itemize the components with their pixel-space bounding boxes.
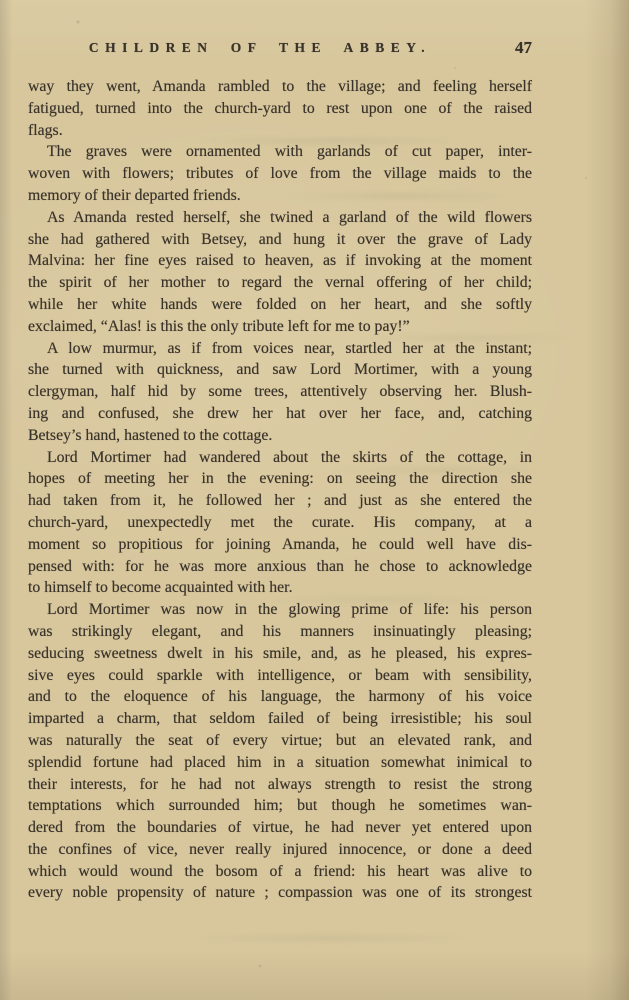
text-line: seducing sweetness dwelt in his smile, a… [28,643,532,665]
text-line: while her white hands were folded on her… [28,294,532,316]
paragraph: A low murmur, as if from voices near, st… [28,338,532,447]
paragraph: Lord Mortimer had wandered about the ski… [28,447,532,600]
text-line: splendid fortune had placed him in a sit… [28,752,532,774]
running-title: CHILDREN OF THE ABBEY. [28,40,492,56]
text-line: Lord Mortimer was now in the glowing pri… [28,599,532,621]
text-line: woven with flowers; tributes of love fro… [28,163,532,185]
text-line: temptations which surrounded him; but th… [28,795,532,817]
text-line: pensed with: for he was more anxious tha… [28,556,532,578]
text-line: A low murmur, as if from voices near, st… [28,338,532,360]
text-line: The graves were ornamented with garlands… [28,141,532,163]
text-line: Malvina: her fine eyes raised to heaven,… [28,250,532,272]
text-line: way they went, Amanda rambled to the vil… [28,76,532,98]
text-line: hopes of meeting her in the evening: on … [28,468,532,490]
text-line: moment so propitious for joining Amanda,… [28,534,532,556]
text-line: ing and confused, she drew her hat over … [28,403,532,425]
text-line: church-yard, unexpectedly met the curate… [28,512,532,534]
text-line: the spirit of her mother to regard the v… [28,272,532,294]
text-line: she had gathered with Betsey, and hung i… [28,229,532,251]
text-line: to himself to become acquainted with her… [28,577,532,599]
text-line: memory of their departed friends. [28,185,532,207]
text-line: she turned with quickness, and saw Lord … [28,359,532,381]
text-line: dered from the boundaries of virtue, he … [28,817,532,839]
book-page: CHILDREN OF THE ABBEY. 47 way they went,… [0,0,629,1000]
text-line: their interests, for he had not always s… [28,774,532,796]
text-line: imparted a charm, that seldom failed of … [28,708,532,730]
paragraph: As Amanda rested herself, she twined a g… [28,207,532,338]
text-line: fatigued, turned into the church-yard to… [28,98,532,120]
text-line: every noble propensity of nature ; compa… [28,882,532,904]
text-line: sive eyes could sparkle with intelligenc… [28,665,532,687]
text-line: Betsey’s hand, hastened to the cottage. [28,425,532,447]
paragraph: Lord Mortimer was now in the glowing pri… [28,599,532,904]
paragraph: The graves were ornamented with garlands… [28,141,532,206]
text-line: flags. [28,120,532,142]
page-number: 47 [515,38,532,58]
text-line: Lord Mortimer had wandered about the ski… [28,447,532,469]
page-header: CHILDREN OF THE ABBEY. 47 [28,38,532,58]
text-line: was naturally the seat of every virtue; … [28,730,532,752]
text-line: and to the eloquence of his language, th… [28,686,532,708]
body-text: way they went, Amanda rambled to the vil… [28,76,532,904]
text-line: had taken from it, he followed her ; and… [28,490,532,512]
text-line: the confines of vice, never really injur… [28,839,532,861]
text-line: As Amanda rested herself, she twined a g… [28,207,532,229]
text-line: was strikingly elegant, and his manners … [28,621,532,643]
text-line: exclaimed, “Alas! is this the only tribu… [28,316,532,338]
paragraph: way they went, Amanda rambled to the vil… [28,76,532,141]
text-line: clergyman, half hid by some trees, atten… [28,381,532,403]
text-line: which would wound the bosom of a friend:… [28,861,532,883]
